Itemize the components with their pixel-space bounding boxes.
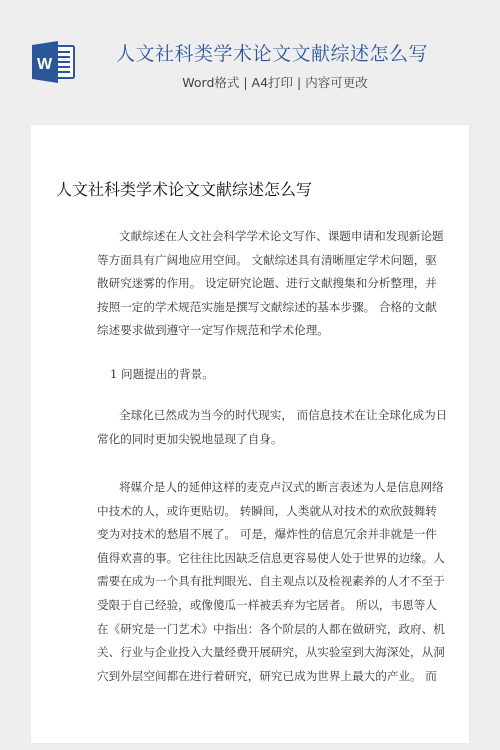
text-line: 将媒介是人的延伸这样的麦克卢汉式的断言表述为人是信息网络 — [97, 476, 405, 500]
paragraph-media: 将媒介是人的延伸这样的麦克卢汉式的断言表述为人是信息网络 中技术的人，或许更贴切… — [97, 476, 405, 688]
text-line: 变为对技术的愁眉不展了。 可是，爆炸性的信息冗余并非就是一件 — [97, 523, 405, 547]
text-line: 按照一定的学术规范实施是撰写文献综述的基本步骤。 合格的文献 — [97, 296, 405, 320]
text-line: 需要在成为一个具有批判眼光、自主观点以及检视素养的人才不至于 — [97, 570, 405, 594]
header-subtitle: Word格式 | A4打印 | 内容可更改 — [0, 74, 500, 92]
text-line: 受限于自己经验，或像傻瓜一样被丢弃为宅居者。 所以，韦恩等人 — [97, 594, 405, 618]
document-page: 人文社科类学术论文文献综述怎么写 文献综述在人文社会科学学术论文写作、课题申请和… — [31, 125, 469, 743]
banner-header: W 人文社科类学术论文文献综述怎么写 Word格式 | A4打印 | 内容可更改 — [0, 0, 500, 110]
text-line: 综述要求做到遵守一定写作规范和学术伦理。 — [97, 319, 405, 343]
text-line: 散研究迷雾的作用。 设定研究论题、进行文献搜集和分析整理，并 — [97, 272, 405, 296]
text-line: 穴到外层空间都在进行着研究，研究已成为世界上最大的产业。 而 — [97, 665, 405, 689]
text-line: 文献综述在人文社会科学学术论文写作、课题申请和发现新论题 — [97, 225, 405, 249]
text-line: 全球化已然成为当今的时代现实， 而信息技术在让全球化成为日 — [97, 404, 405, 428]
document-title: 人文社科类学术论文文献综述怎么写 — [0, 179, 403, 201]
text-line: 值得欢喜的事。它往往比因缺乏信息更容易使人处于世界的边缘。人 — [97, 547, 405, 571]
text-line: 等方面具有广阔地应用空间。 文献综述具有清晰厘定学术问题，驱 — [97, 249, 405, 273]
section-heading: 1 问题提出的背景。 — [110, 365, 214, 383]
text-line: 关、行业与企业投入大量经费开展研究，从实验室到大海深处，从洞 — [97, 641, 405, 665]
text-line: 在《研究是一门艺术》中指出：各个阶层的人都在做研究，政府、机 — [97, 618, 405, 642]
text-line: 常化的同时更加尖锐地显现了自身。 — [97, 428, 405, 452]
text-line: 中技术的人，或许更贴切。 转瞬间，人类就从对技术的欢欣鼓舞转 — [97, 500, 405, 524]
paragraph-intro: 文献综述在人文社会科学学术论文写作、课题申请和发现新论题 等方面具有广阔地应用空… — [97, 225, 405, 343]
paragraph-globalization: 全球化已然成为当今的时代现实， 而信息技术在让全球化成为日 常化的同时更加尖锐地… — [97, 404, 405, 451]
header-title: 人文社科类学术论文文献综述怎么写 — [0, 42, 500, 66]
